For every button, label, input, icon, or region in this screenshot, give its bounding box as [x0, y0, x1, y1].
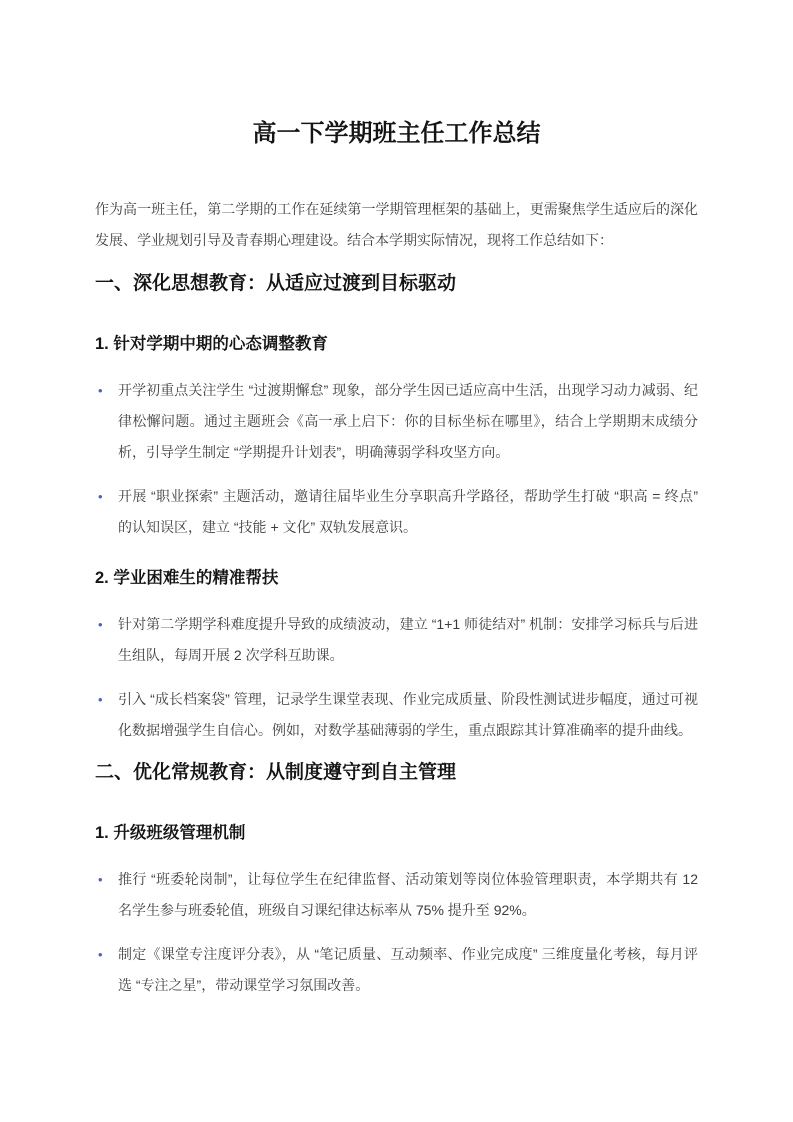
- list-item-text: 引入 “成长档案袋” 管理，记录学生课堂表现、作业完成质量、阶段性测试进步幅度，…: [118, 691, 698, 738]
- bullet-icon: •: [98, 864, 103, 895]
- bullet-icon: •: [98, 939, 103, 970]
- list-item-text: 开展 “职业探索” 主题活动，邀请往届毕业生分享职高升学路径，帮助学生打破 “职…: [118, 488, 698, 535]
- subsection-1-1-heading: 1. 针对学期中期的心态调整教育: [95, 333, 698, 355]
- list-item: • 引入 “成长档案袋” 管理，记录学生课堂表现、作业完成质量、阶段性测试进步幅…: [95, 684, 698, 746]
- bullet-icon: •: [98, 481, 103, 512]
- list-item-text: 针对第二学期学科难度提升导致的成绩波动，建立 “1+1 师徒结对” 机制：安排学…: [118, 616, 698, 663]
- subsection-1-2-list: • 针对第二学期学科难度提升导致的成绩波动，建立 “1+1 师徒结对” 机制：安…: [95, 609, 698, 746]
- subsection-2-1-list: • 推行 “班委轮岗制”，让每位学生在纪律监督、活动策划等岗位体验管理职责，本学…: [95, 864, 698, 1001]
- list-item-text: 制定《课堂专注度评分表》，从 “笔记质量、互动频率、作业完成度” 三维度量化考核…: [118, 946, 698, 993]
- list-item: • 制定《课堂专注度评分表》，从 “笔记质量、互动频率、作业完成度” 三维度量化…: [95, 939, 698, 1001]
- page-title: 高一下学期班主任工作总结: [95, 118, 698, 150]
- subsection-1-2-heading: 2. 学业困难生的精准帮扶: [95, 567, 698, 589]
- list-item-text: 推行 “班委轮岗制”，让每位学生在纪律监督、活动策划等岗位体验管理职责，本学期共…: [118, 871, 698, 918]
- section-1-heading: 一、深化思想教育：从适应过渡到目标驱动: [95, 271, 698, 297]
- bullet-icon: •: [98, 375, 103, 406]
- document-page: 高一下学期班主任工作总结 作为高一班主任，第二学期的工作在延续第一学期管理框架的…: [0, 0, 793, 1122]
- bullet-icon: •: [98, 609, 103, 640]
- list-item: • 针对第二学期学科难度提升导致的成绩波动，建立 “1+1 师徒结对” 机制：安…: [95, 609, 698, 671]
- bullet-icon: •: [98, 684, 103, 715]
- list-item: • 开展 “职业探索” 主题活动，邀请往届毕业生分享职高升学路径，帮助学生打破 …: [95, 481, 698, 543]
- subsection-1-1-list: • 开学初重点关注学生 “过渡期懈怠” 现象，部分学生因已适应高中生活，出现学习…: [95, 375, 698, 543]
- list-item: • 开学初重点关注学生 “过渡期懈怠” 现象，部分学生因已适应高中生活，出现学习…: [95, 375, 698, 468]
- subsection-2-1-heading: 1. 升级班级管理机制: [95, 822, 698, 844]
- section-2-heading: 二、优化常规教育：从制度遵守到自主管理: [95, 760, 698, 786]
- list-item: • 推行 “班委轮岗制”，让每位学生在纪律监督、活动策划等岗位体验管理职责，本学…: [95, 864, 698, 926]
- intro-paragraph: 作为高一班主任，第二学期的工作在延续第一学期管理框架的基础上，更需聚焦学生适应后…: [95, 194, 698, 256]
- list-item-text: 开学初重点关注学生 “过渡期懈怠” 现象，部分学生因已适应高中生活，出现学习动力…: [118, 382, 698, 460]
